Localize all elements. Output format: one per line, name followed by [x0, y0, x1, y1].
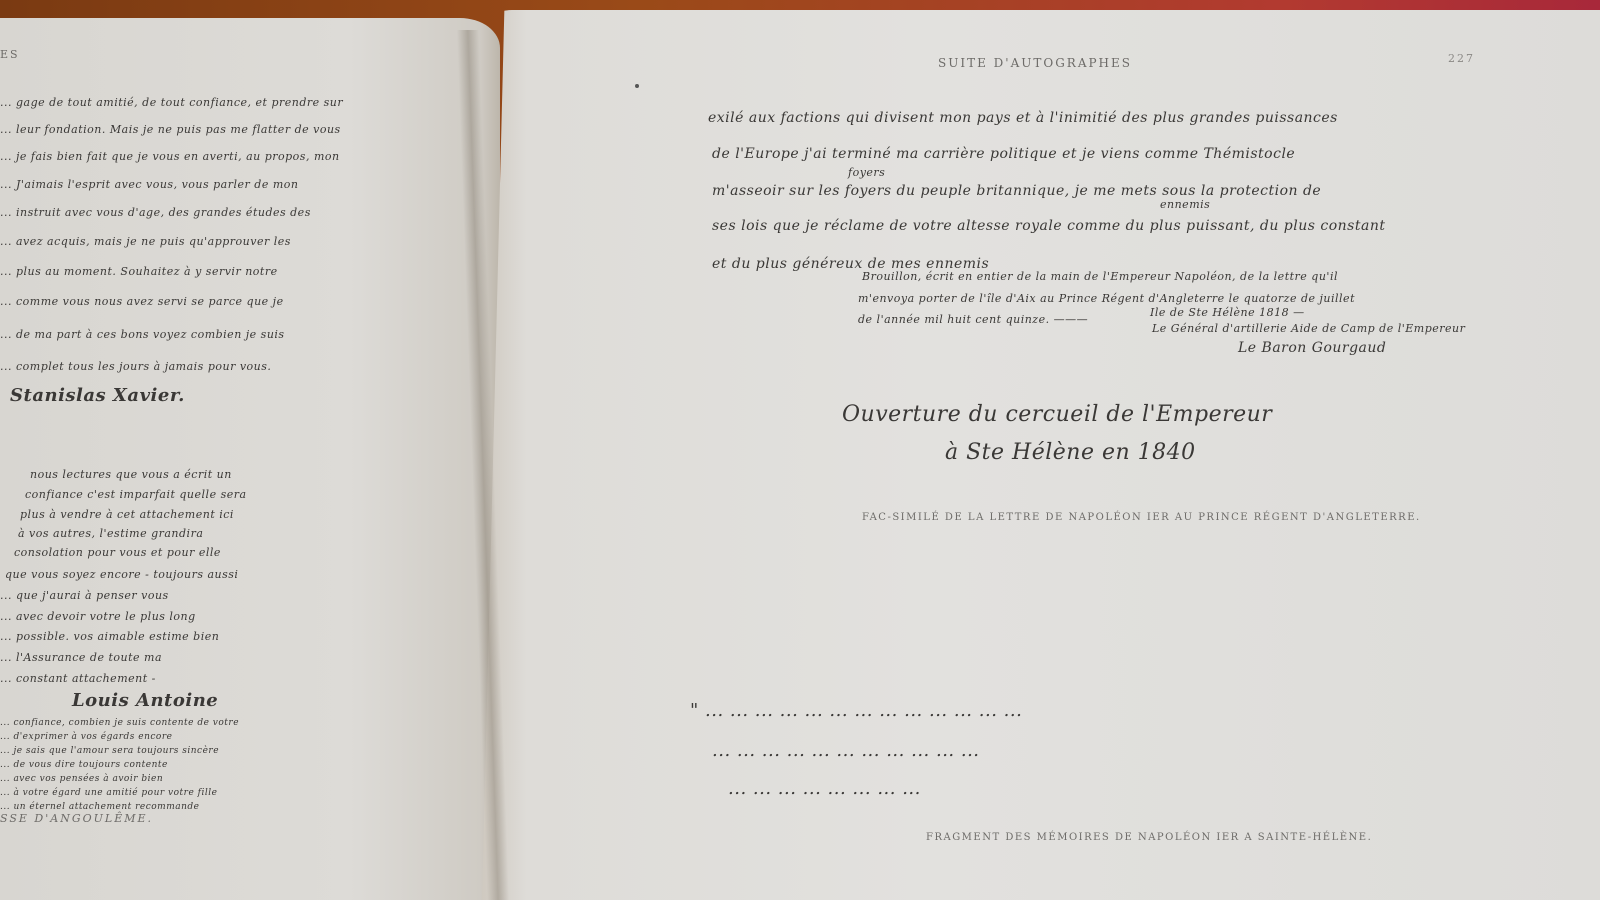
handwritten-line: ... je fais bien fait que je vous en ave…: [0, 150, 340, 163]
signer-title: Le Général d'artillerie Aide de Camp de …: [1152, 322, 1465, 335]
caption-napoleon-letter: FAC-SIMILÉ DE LA LETTRE DE NAPOLÉON Ier …: [862, 512, 1421, 523]
handwritten-line: ... constant attachement -: [0, 672, 156, 685]
handwritten-line: ... l'Assurance de toute ma: [0, 651, 162, 664]
ink-speck: [635, 84, 639, 88]
handwritten-line: ... possible. vos aimable estime bien: [0, 630, 219, 643]
right-running-head: SUITE D'AUTOGRAPHES: [938, 56, 1132, 70]
handwritten-line: ... complet tous les jours à jamais pour…: [0, 360, 271, 373]
page-number: 227: [1448, 52, 1475, 65]
left-caption: SSE D'ANGOULÊME.: [0, 812, 153, 825]
handwritten-line: m'asseoir sur les foyers du peuple brita…: [712, 183, 1321, 199]
left-running-head: ES: [0, 48, 20, 61]
handwritten-line: ... de vous dire toujours contente: [0, 760, 168, 770]
handwritten-line: ... avez acquis, mais je ne puis qu'appr…: [0, 235, 291, 248]
handwritten-line: ... J'aimais l'esprit avec vous, vous pa…: [0, 178, 298, 191]
handwritten-line: ... leur fondation. Mais je ne puis pas …: [0, 123, 341, 136]
handwritten-line: de l'année mil huit cent quinze. ———: [858, 313, 1088, 326]
handwritten-line: de l'Europe j'ai terminé ma carrière pol…: [712, 146, 1295, 162]
signature-louis-antoine: Louis Antoine: [72, 690, 218, 711]
handwritten-line: ... avec devoir votre le plus long: [0, 610, 196, 623]
handwritten-line: à vos autres, l'estime grandira: [18, 527, 203, 540]
handwritten-line: ... gage de tout amitié, de tout confian…: [0, 96, 343, 109]
handwritten-line: ... instruit avec vous d'age, des grande…: [0, 206, 311, 219]
signer-signature: Le Baron Gourgaud: [1238, 340, 1386, 356]
handwritten-line: nous lectures que vous a écrit un: [30, 468, 232, 481]
handwritten-line: ... plus au moment. Souhaitez à y servir…: [0, 265, 278, 278]
handwritten-line: m'envoya porter de l'île d'Aix au Prince…: [858, 292, 1355, 305]
handwritten-line: exilé aux factions qui divisent mon pays…: [708, 110, 1338, 126]
handwritten-line: ... un éternel attachement recommande: [0, 802, 200, 812]
handwritten-line: ... comme vous nous avez servi se parce …: [0, 295, 284, 308]
handwritten-line: ... avec vos pensées à avoir bien: [0, 774, 163, 784]
handwritten-line: ... d'exprimer à vos égards encore: [0, 732, 172, 742]
handwritten-line: que vous soyez encore - toujours aussi: [5, 568, 238, 581]
handwritten-line: consolation pour vous et pour elle: [14, 546, 221, 559]
handwritten-line: ... ... ... ... ... ... ... ...: [728, 778, 921, 799]
caption-memoirs: FRAGMENT DES MÉMOIRES DE NAPOLÉON Ier A …: [926, 832, 1372, 843]
handwritten-line: ... ... ... ... ... ... ... ... ... ... …: [712, 740, 980, 761]
handwritten-line: " ... ... ... ... ... ... ... ... ... ..…: [690, 700, 1022, 721]
note-line: à Ste Hélène en 1840: [945, 440, 1196, 465]
handwritten-line: ... que j'aurai à penser vous: [0, 589, 169, 602]
note-line: Ouverture du cercueil de l'Empereur: [842, 402, 1272, 427]
handwritten-line: ... à votre égard une amitié pour votre …: [0, 788, 217, 798]
signature-stanislas: Stanislas Xavier.: [10, 385, 185, 406]
place-date: Ile de Ste Hélène 1818 —: [1150, 306, 1305, 319]
handwritten-line: confiance c'est imparfait quelle sera: [25, 488, 247, 501]
insertion-above: foyers: [848, 166, 885, 179]
handwritten-line: Brouillon, écrit en entier de la main de…: [862, 270, 1338, 283]
insertion-below: ennemis: [1160, 198, 1210, 211]
handwritten-line: plus à vendre à cet attachement ici: [20, 508, 234, 521]
handwritten-line: ... confiance, combien je suis contente …: [0, 718, 239, 728]
handwritten-line: ses lois que je réclame de votre altesse…: [712, 218, 1385, 234]
handwritten-line: ... de ma part à ces bons voyez combien …: [0, 328, 285, 341]
handwritten-line: ... je sais que l'amour sera toujours si…: [0, 746, 219, 756]
